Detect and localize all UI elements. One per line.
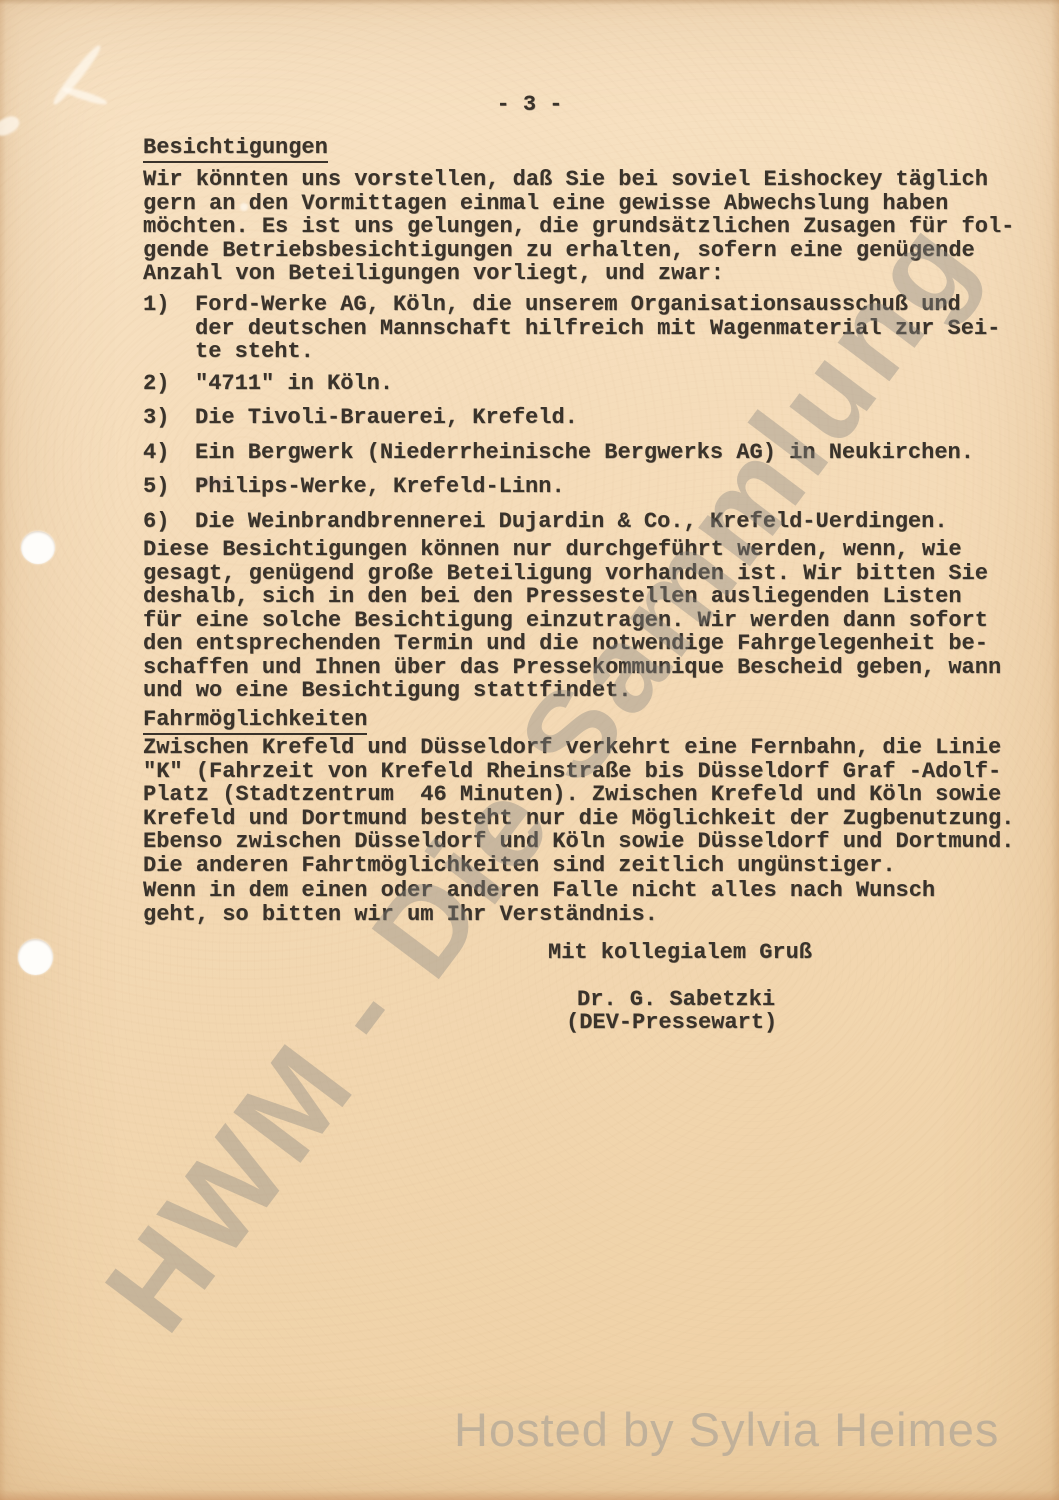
list-item-number: 2) [143,372,195,396]
section-heading-besichtigungen: Besichtigungen [143,136,328,160]
list-item-text: Die Weinbrandbrennerei Dujardin & Co., K… [195,510,948,534]
list-item-number: 6) [143,510,195,534]
paragraph-besichtigungen-intro: Wir könnten uns vorstellen, daß Sie bei … [143,168,1014,286]
scan-edge-bottom [0,1490,1059,1500]
list-item: 1) Ford-Werke AG, Köln, die unserem Orga… [143,293,1000,364]
punch-hole-bottom [18,939,53,975]
signature-name: Dr. G. Sabetzki [577,988,775,1012]
scanned-document-page: - 3 - Besichtigungen Wir könnten uns vor… [0,0,1059,1500]
list-item-text: Ford-Werke AG, Köln, die unserem Organis… [195,293,1000,364]
besichtigungen-list: 1) Ford-Werke AG, Köln, die unserem Orga… [143,293,1000,533]
list-item-number: 5) [143,475,195,499]
scan-edge-right [1051,0,1059,1500]
list-item-number: 3) [143,406,195,430]
list-item-text: Ein Bergwerk (Niederrheinische Bergwerks… [195,441,974,465]
hosted-by-watermark: Hosted by Sylvia Heimes [454,1402,999,1457]
list-item-number: 4) [143,441,195,465]
list-item-text: Philips-Werke, Krefeld-Linn. [195,475,565,499]
scan-edge-top [0,0,1059,5]
list-item: 5) Philips-Werke, Krefeld-Linn. [143,475,1000,499]
signature-role: (DEV-Pressewart) [566,1011,777,1035]
list-item: 6) Die Weinbrandbrennerei Dujardin & Co.… [143,510,1000,534]
signature-salutation: Mit kollegialem Gruß [548,941,812,965]
list-item-text: "4711" in Köln. [195,372,393,396]
list-item-number: 1) [143,293,195,364]
heading-text: Fahrmöglichkeiten [143,707,367,735]
list-item-text: Die Tivoli-Brauerei, Krefeld. [195,406,578,430]
paragraph-besichtigungen-outro: Diese Besichtigungen können nur durchgef… [143,538,1001,703]
punch-hole-top [21,531,55,564]
section-heading-fahrmoeglichkeiten: Fahrmöglichkeiten [143,708,367,732]
page-number: - 3 - [0,93,1059,117]
paragraph-closing-note: Wenn in dem einen oder anderen Falle nic… [143,879,935,926]
list-item: 2) "4711" in Köln. [143,372,1000,396]
list-item: 3) Die Tivoli-Brauerei, Krefeld. [143,406,1000,430]
list-item: 4) Ein Bergwerk (Niederrheinische Bergwe… [143,441,1000,465]
heading-text: Besichtigungen [143,135,328,163]
paragraph-fahrmoeglichkeiten-body: Zwischen Krefeld und Düsseldorf verkehrt… [143,736,1014,877]
scan-edge-left [0,0,6,1500]
